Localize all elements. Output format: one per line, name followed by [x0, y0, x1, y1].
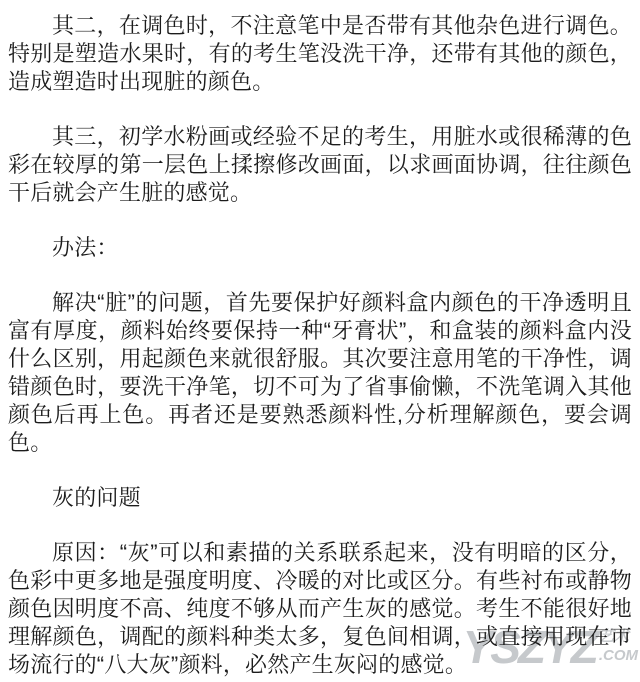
- paragraph-dirty-cause-3: 其三，初学水粉画或经验不足的考生，用脏水或很稀薄的色彩在较厚的第一层色上揉擦修改…: [8, 123, 632, 207]
- paragraph-solution: 解决“脏”的问题，首先要保护好颜料盒内颜色的干净透明且富有厚度，颜料始终要保持一…: [8, 289, 632, 457]
- paragraph-dirty-cause-2: 其二，在调色时，不注意笔中是否带有其他杂色进行调色。特别是塑造水果时，有的考生笔…: [8, 12, 632, 96]
- section-heading-solution: 办法：: [8, 234, 632, 262]
- section-heading-gray-problem: 灰的问题: [8, 484, 632, 512]
- paragraph-gray-cause: 原因：“灰”可以和素描的关系联系起来，没有明暗的区分，色彩中更多地是强度明度、冷…: [8, 539, 632, 679]
- article-body: 其二，在调色时，不注意笔中是否带有其他杂色进行调色。特别是塑造水果时，有的考生笔…: [0, 0, 640, 679]
